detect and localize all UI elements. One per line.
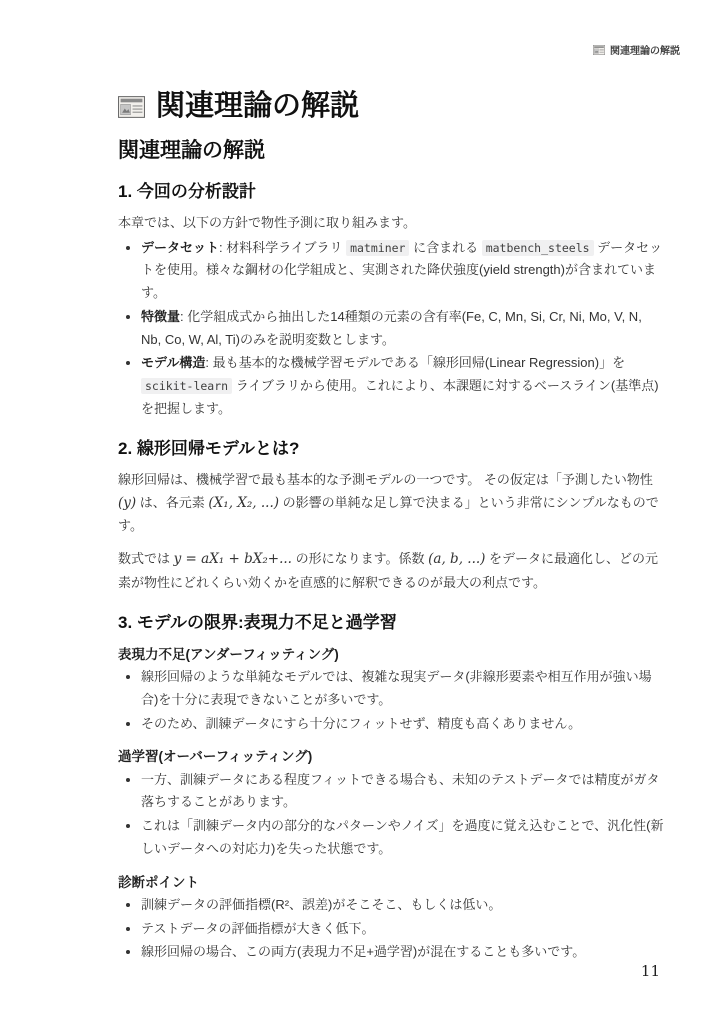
bullet-label: 特徴量 <box>141 309 180 324</box>
list-item: 線形回帰のような単純なモデルでは、複雑な現実データ(非線形要素や相互作用が強い場… <box>141 666 664 712</box>
bullet-text: : 化学組成式から抽出した14種類の元素の含有率(Fe, C, Mn, Si, … <box>141 309 642 347</box>
underfitting-heading: 表現力不足(アンダーフィッティング) <box>118 646 664 664</box>
list-item-features: 特徴量: 化学組成式から抽出した14種類の元素の含有率(Fe, C, Mn, S… <box>141 306 664 352</box>
section2-paragraph-2: 数式では y = aX₁ + bX₂+... の形になります。係数 (a, b,… <box>118 548 664 594</box>
paragraph-text: の形になります。係数 <box>292 551 428 566</box>
page-title: 関連理論の解説 <box>118 90 664 123</box>
page-title-text: 関連理論の解説 <box>156 90 359 123</box>
section2-heading: 2. 線形回帰モデルとは? <box>118 439 664 459</box>
math-inline: y = aX₁ + bX₂+... <box>174 551 292 567</box>
bullet-text: に含まれる <box>409 240 481 255</box>
underfitting-list: 線形回帰のような単純なモデルでは、複雑な現実データ(非線形要素や相互作用が強い場… <box>118 666 664 735</box>
content-column: 関連理論の解説 関連理論の解説 1. 今回の分析設計 本章では、以下の方針で物性… <box>118 0 664 964</box>
list-item: そのため、訓練データにすら十分にフィットせず、精度も高くありません。 <box>141 713 664 736</box>
math-inline: (y) <box>118 495 136 511</box>
bullet-label: データセット <box>141 240 219 255</box>
list-item: テストデータの評価指標が大きく低下。 <box>141 918 664 941</box>
document-page: 関連理論の解説 関連理論の解説 関連理論の解説 1. 今回の分析設計 本章では、… <box>0 0 724 1024</box>
bullet-text: : 材料科学ライブラリ <box>219 240 346 255</box>
math-inline: (a, b, ...) <box>428 551 485 567</box>
math-inline: (X₁, X₂, ...) <box>208 495 279 511</box>
diagnosis-list: 訓練データの評価指標(R²、誤差)がそこそこ、もしくは低い。 テストデータの評価… <box>118 894 664 964</box>
list-item-model: モデル構造: 最も基本的な機械学習モデルである「線形回帰(Linear Regr… <box>141 352 664 420</box>
list-item: 訓練データの評価指標(R²、誤差)がそこそこ、もしくは低い。 <box>141 894 664 917</box>
list-item-dataset: データセット: 材料科学ライブラリ matminer に含まれる matbenc… <box>141 237 664 305</box>
newspaper-icon <box>118 96 145 118</box>
overfitting-list: 一方、訓練データにある程度フィットできる場合も、未知のテストデータでは精度がガタ… <box>118 769 664 861</box>
inline-code: scikit-learn <box>141 378 232 394</box>
paragraph-text: は、各元素 <box>136 495 208 510</box>
list-item: 一方、訓練データにある程度フィットできる場合も、未知のテストデータでは精度がガタ… <box>141 769 664 815</box>
bullet-text: : 最も基本的な機械学習モデルである「線形回帰(Linear Regressio… <box>205 355 625 370</box>
overfitting-heading: 過学習(オーバーフィッティング) <box>118 748 664 766</box>
section1-heading: 1. 今回の分析設計 <box>118 182 664 202</box>
doc-subtitle: 関連理論の解説 <box>118 138 664 163</box>
bullet-label: モデル構造 <box>141 355 205 370</box>
list-item: これは「訓練データ内の部分的なパターンやノイズ」を過度に覚え込むことで、汎化性(… <box>141 815 664 861</box>
list-item: 線形回帰の場合、この両方(表現力不足+過学習)が混在することも多いです。 <box>141 941 664 964</box>
inline-code: matbench_steels <box>482 240 594 256</box>
paragraph-text: 数式では <box>118 551 174 566</box>
inline-code: matminer <box>346 240 409 256</box>
diagnosis-heading: 診断ポイント <box>118 874 664 892</box>
section1-list: データセット: 材料科学ライブラリ matminer に含まれる matbenc… <box>118 237 664 421</box>
page-number: 11 <box>641 962 660 980</box>
section2-paragraph-1: 線形回帰は、機械学習で最も基本的な予測モデルの一つです。 その仮定は「予測したい… <box>118 469 664 538</box>
section3-heading: 3. モデルの限界:表現力不足と過学習 <box>118 613 664 633</box>
paragraph-text: 線形回帰は、機械学習で最も基本的な予測モデルの一つです。 その仮定は「予測したい… <box>118 472 653 487</box>
section1-intro: 本章では、以下の方針で物性予測に取り組みます。 <box>118 212 664 235</box>
